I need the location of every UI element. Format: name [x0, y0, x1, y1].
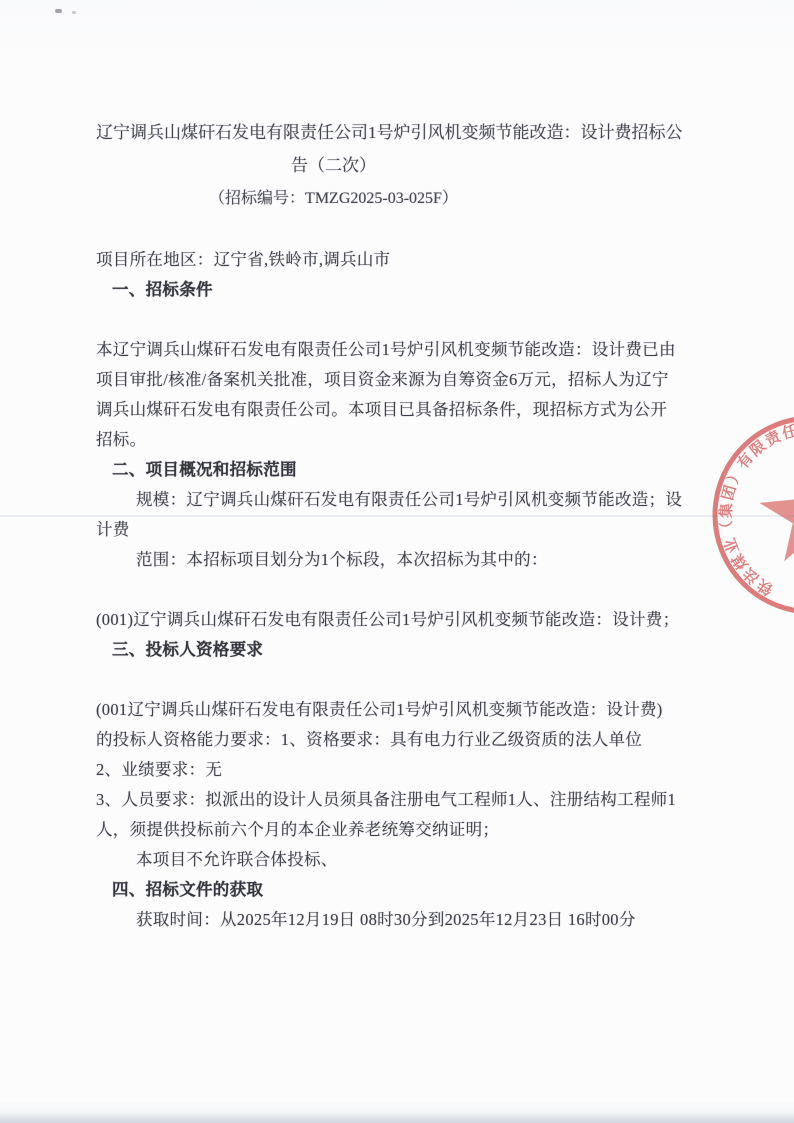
document-line: [96, 575, 696, 605]
document-title: 辽宁调兵山煤矸石发电有限责任公司1号炉引风机变频节能改造：设计费招标公 告（二次…: [96, 116, 671, 215]
document-line: 调兵山煤矸石发电有限责任公司。本项目已具备招标条件，现招标方式为公开: [96, 395, 696, 425]
document-body: 项目所在地区：辽宁省,铁岭市,调兵山市一、招标条件本辽宁调兵山煤矸石发电有限责任…: [96, 245, 696, 935]
scan-speck: [72, 11, 76, 14]
document-line: 3、人员要求：拟派出的设计人员须具备注册电气工程师1人、注册结构工程师1: [96, 785, 696, 815]
document-line: 2、业绩要求：无: [96, 755, 696, 785]
document-line: 本项目不允许联合体投标、: [96, 845, 696, 875]
title-line-2: 告（二次）: [96, 149, 571, 182]
document-line: 规模：辽宁调兵山煤矸石发电有限责任公司1号炉引风机变频节能改造；设: [96, 485, 696, 515]
scan-bottom-shadow: [0, 1112, 794, 1123]
document-line: 人，须提供投标前六个月的本企业养老统筹交纳证明；: [96, 815, 696, 845]
bid-number-line: （招标编号：TMZG2025-03-025F）: [96, 182, 571, 215]
scan-seam-artifact: [0, 515, 794, 517]
document-line: 项目所在地区：辽宁省,铁岭市,调兵山市: [96, 245, 696, 275]
scan-speck: [55, 9, 62, 13]
scanned-document-page: { "page": { "background_color": "#fcfcfd…: [0, 0, 794, 1123]
section-heading: 三、投标人资格要求: [96, 635, 696, 665]
document-line: 招标。: [96, 425, 696, 455]
document-line: (001辽宁调兵山煤矸石发电有限责任公司1号炉引风机变频节能改造：设计费): [96, 695, 696, 725]
document-line: [96, 305, 696, 335]
title-line-1: 辽宁调兵山煤矸石发电有限责任公司1号炉引风机变频节能改造：设计费招标公: [96, 116, 671, 149]
document-line: 的投标人资格能力要求：1、资格要求：具有电力行业乙级资质的法人单位: [96, 725, 696, 755]
document-line: 本辽宁调兵山煤矸石发电有限责任公司1号炉引风机变频节能改造：设计费已由: [96, 335, 696, 365]
document-line: [96, 665, 696, 695]
document-line: 计费: [96, 515, 696, 545]
section-heading: 二、项目概况和招标范围: [96, 455, 696, 485]
document-line: 项目审批/核准/备案机关批准，项目资金来源为自筹资金6万元，招标人为辽宁: [96, 365, 696, 395]
section-heading: 四、招标文件的获取: [96, 875, 696, 905]
document-line: 获取时间：从2025年12月19日 08时30分到2025年12月23日 16时…: [96, 905, 696, 935]
document-line: 范围：本招标项目划分为1个标段，本次招标为其中的：: [96, 545, 696, 575]
section-heading: 一、招标条件: [96, 275, 696, 305]
document-line: (001)辽宁调兵山煤矸石发电有限责任公司1号炉引风机变频节能改造：设计费；: [96, 605, 696, 635]
